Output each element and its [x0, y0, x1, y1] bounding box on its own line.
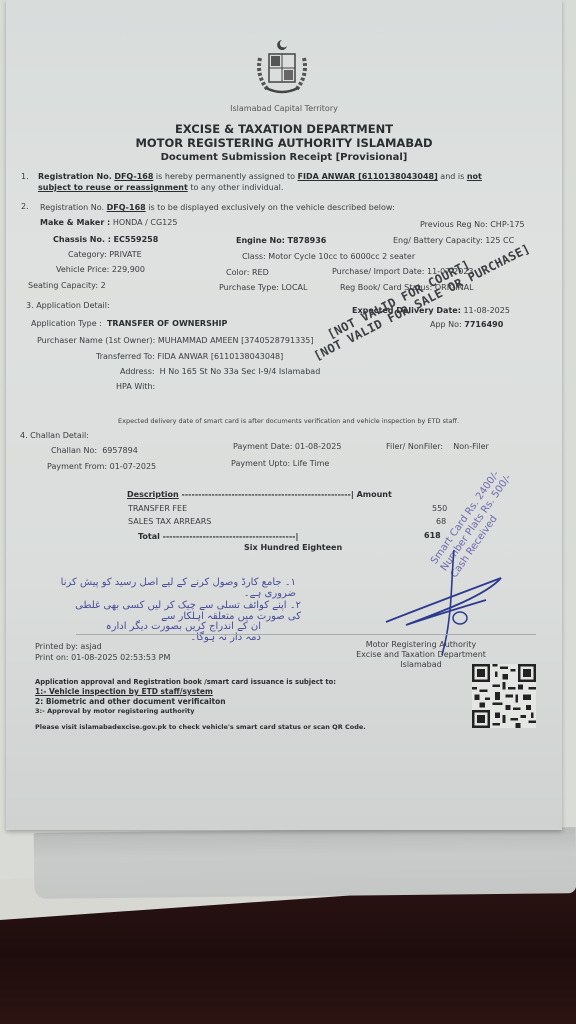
text: to any other individual.: [188, 183, 284, 192]
engine-label: Engine No:: [236, 236, 285, 245]
amount-header: | Amount: [351, 490, 392, 499]
authority-title: MOTOR REGISTERING AUTHORITY ISLAMABAD: [6, 136, 562, 150]
emphasis: subject to reuse or reassignment: [38, 183, 188, 192]
fee-row-name: SALES TAX ARREARS: [128, 517, 211, 526]
address-label: Address:: [120, 367, 155, 376]
not-valid-stamp: [NOT VALID FOR COURT] [NOT VALID FOR SAL…: [306, 231, 532, 363]
engine-field: Engine No: T878936: [236, 236, 326, 245]
section1-number: 1.: [21, 172, 29, 181]
conditions-title: Application approval and Registration bo…: [35, 678, 336, 686]
app-number: App No: 7716490: [430, 320, 503, 329]
make-value: HONDA / CG125: [113, 218, 178, 227]
challan-label: Challan No:: [51, 446, 97, 455]
condition-item: 2: Biometric and other document verifica…: [35, 697, 226, 706]
urdu-note: ۲۔ اپنے کوائف تسلی سے چیک کر لیں کسی بھی…: [61, 600, 301, 622]
vehicle-class: Class: Motor Cycle 10cc to 6000cc 2 seat…: [242, 252, 415, 261]
dashes: ----------------------------------------…: [179, 490, 351, 499]
section3-number: 3.: [26, 301, 34, 310]
purchase-type: Purchase Type: LOCAL: [219, 283, 307, 292]
print-timestamp: Print on: 01-08-2025 02:53:53 PM: [35, 653, 170, 662]
state-emblem-icon: [252, 36, 312, 98]
app-no-value: 7716490: [464, 320, 503, 329]
address-value: H No 165 St No 33a Sec I-9/4 Islamabad: [160, 367, 321, 376]
emphasis: not: [467, 172, 482, 181]
reg-number: DFQ-168: [114, 172, 153, 181]
transferred-value: FIDA ANWAR [6110138043048]: [157, 352, 283, 361]
signatory-line1: Motor Registering Authority: [346, 640, 496, 649]
app-type-value: TRANSFER OF OWNERSHIP: [107, 319, 227, 328]
payment-from: Payment From: 01-07-2025: [47, 462, 156, 471]
chassis-value: EC559258: [114, 235, 159, 244]
section1-text-line2: subject to reuse or reassignment to any …: [38, 183, 283, 192]
app-type-label: Application Type :: [31, 319, 102, 328]
payment-date: Payment Date: 01-08-2025: [233, 442, 341, 451]
section2-text: Registration No. DFQ-168 is to be displa…: [40, 203, 395, 212]
dashes: ----------------------------------------…: [160, 532, 299, 541]
address: Address: H No 165 St No 33a Sec I-9/4 Is…: [120, 367, 320, 376]
fee-row-name: TRANSFER FEE: [128, 504, 187, 513]
receipt-paper: Islamabad Capital Territory EXCISE & TAX…: [6, 0, 562, 830]
total-row: Total ----------------------------------…: [138, 532, 298, 541]
urdu-note: ان کے اندراج کریں بصورت دیگر ادارہ ذمہ د…: [91, 621, 261, 643]
description-header: Description: [127, 490, 179, 499]
document-title: Document Submission Receipt [Provisional…: [6, 152, 562, 163]
delivery-value: 11-08-2025: [463, 306, 510, 315]
website-note: Please visit islamabadexcise.gov.pk to c…: [35, 723, 366, 731]
application-type: Application Type : TRANSFER OF OWNERSHIP: [31, 319, 227, 328]
filer-value: Non-Filer: [453, 442, 489, 451]
hpa-with: HPA With:: [116, 382, 155, 391]
engine-value: T878936: [287, 236, 326, 245]
transferred-to: Transferred To: FIDA ANWAR [611013804304…: [96, 352, 283, 361]
category: Category: PRIVATE: [68, 250, 142, 259]
section3-title: 3. Application Detail:: [26, 301, 110, 310]
vehicle-price: Vehicle Price: 229,900: [56, 265, 145, 274]
text: is hereby permanently assigned to: [153, 172, 297, 181]
filer-status: Filer/ NonFiler: Non-Filer: [386, 442, 489, 451]
signatory-line2: Excise and Taxation Department: [346, 650, 496, 659]
condition-text: 1:- Vehicle inspection by ETD staff/syst…: [35, 687, 213, 696]
fee-row-amount: 68: [436, 517, 444, 526]
chassis-field: Chassis No. : EC559258: [53, 235, 158, 244]
text: and is: [438, 172, 467, 181]
total-in-words: Six Hundred Eighteen: [244, 543, 342, 552]
seating-capacity: Seating Capacity: 2: [28, 281, 106, 290]
reg-number: DFQ-168: [107, 203, 146, 212]
reg-label: Registration No.: [40, 203, 104, 212]
total-label: Total: [138, 532, 160, 541]
qr-code-icon[interactable]: [472, 664, 536, 728]
app-no-label: App No:: [430, 320, 462, 329]
section3-label: Application Detail:: [36, 301, 110, 310]
condition-item: 3:- Approval by motor registering author…: [35, 707, 195, 715]
filer-label: Filer/ NonFiler:: [386, 442, 443, 451]
make-field: Make & Maker : HONDA / CG125: [40, 218, 177, 227]
text: is to be displayed exclusively on the ve…: [146, 203, 395, 212]
printed-by: Printed by: asjad: [35, 642, 102, 651]
total-value: 618: [424, 531, 441, 540]
underlying-paper: [34, 827, 576, 899]
section2-number: 2.: [21, 202, 29, 211]
chassis-label: Chassis No. :: [53, 235, 111, 244]
transferred-label: Transferred To:: [96, 352, 155, 361]
challan-value: 6957894: [102, 446, 138, 455]
delivery-note: Expected delivery date of smart card is …: [118, 417, 459, 425]
vehicle-color: Color: RED: [226, 268, 269, 277]
section4-title: 4. Challan Detail:: [20, 431, 89, 440]
urdu-note: ۱۔ جامع کارڈ وصول کرنے کے لیے اصل رسید ک…: [56, 577, 296, 599]
purchaser-name: Purchaser Name (1st Owner): MUHAMMAD AME…: [37, 336, 314, 345]
department-title: EXCISE & TAXATION DEPARTMENT: [6, 122, 562, 136]
reg-label: Registration No.: [38, 172, 112, 181]
condition-item: 1:- Vehicle inspection by ETD staff/syst…: [35, 687, 213, 696]
owner-name: FIDA ANWAR [6110138043048]: [298, 172, 438, 181]
territory-label: Islamabad Capital Territory: [6, 104, 562, 113]
fee-row-amount: 550: [432, 504, 444, 513]
payment-upto: Payment Upto: Life Time: [231, 459, 329, 468]
make-label: Make & Maker :: [40, 218, 110, 227]
previous-reg: Previous Reg No: CHP-175: [420, 220, 525, 229]
divider: [76, 634, 536, 635]
fees-header: Description ----------------------------…: [127, 490, 392, 499]
section1-text: Registration No. DFQ-168 is hereby perma…: [38, 172, 482, 181]
challan-number: Challan No: 6957894: [51, 446, 138, 455]
